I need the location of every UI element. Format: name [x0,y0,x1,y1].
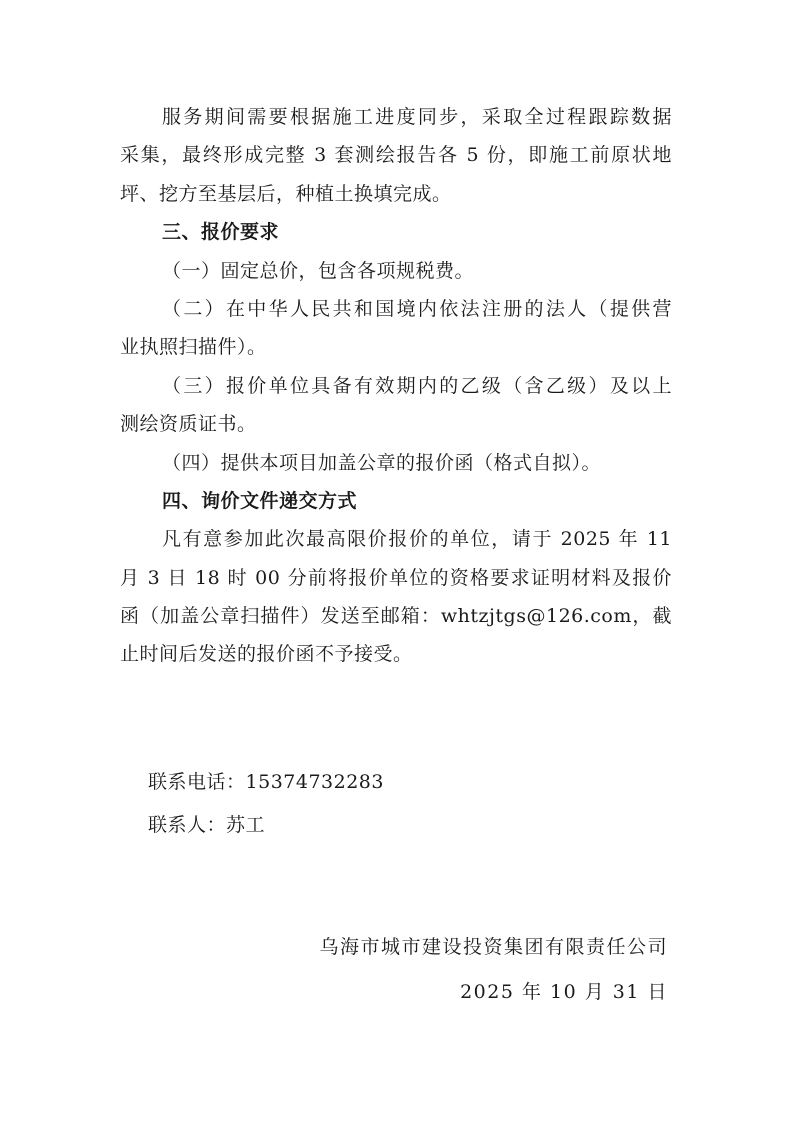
service-paragraph-line-3: 坪、挖方至基层后，种植土换填完成。 [120,175,672,213]
section-3-item-2-line-2: 业执照扫描件）。 [120,328,672,366]
signature-date: 2025 年 10 月 31 日 [460,980,668,1004]
section-3-item-1: （一）固定总价，包含各项规税费。 [120,252,672,290]
contact-phone-label: 联系电话： [148,771,246,793]
contact-phone-number: 15374732283 [246,771,384,793]
signature-company: 乌海市城市建设投资集团有限责任公司 [319,935,668,959]
section-4-line-3: 函（加盖公章扫描件）发送至邮箱：whtzjtgs@126.com，截 [120,597,672,635]
section-3-item-3-line-1: （三）报价单位具备有效期内的乙级（含乙级）及以上 [120,367,672,405]
contact-person-label: 联系人： [148,814,226,836]
section-4-line-4: 止时间后发送的报价函不予接受。 [120,635,672,673]
contact-person: 联系人：苏工 [148,813,265,837]
section-3-item-2-line-1: （二）在中华人民共和国境内依法注册的法人（提供营 [120,290,672,328]
contact-phone: 联系电话：15374732283 [148,770,384,794]
section-4-heading: 四、询价文件递交方式 [120,482,672,520]
service-paragraph-line-2: 采集，最终形成完整 3 套测绘报告各 5 份，即施工前原状地 [120,136,672,174]
section-3-heading: 三、报价要求 [120,213,672,251]
document-body: 服务期间需要根据施工进度同步，采取全过程跟踪数据 采集，最终形成完整 3 套测绘… [120,98,672,674]
section-3-item-4: （四）提供本项目加盖公章的报价函（格式自拟）。 [120,444,672,482]
contact-person-name: 苏工 [226,814,265,836]
section-4-line-2: 月 3 日 18 时 00 分前将报价单位的资格要求证明材料及报价 [120,559,672,597]
service-paragraph-line-1: 服务期间需要根据施工进度同步，采取全过程跟踪数据 [120,98,672,136]
section-3-item-3-line-2: 测绘资质证书。 [120,405,672,443]
section-4-line-1: 凡有意参加此次最高限价报价的单位，请于 2025 年 11 [120,520,672,558]
